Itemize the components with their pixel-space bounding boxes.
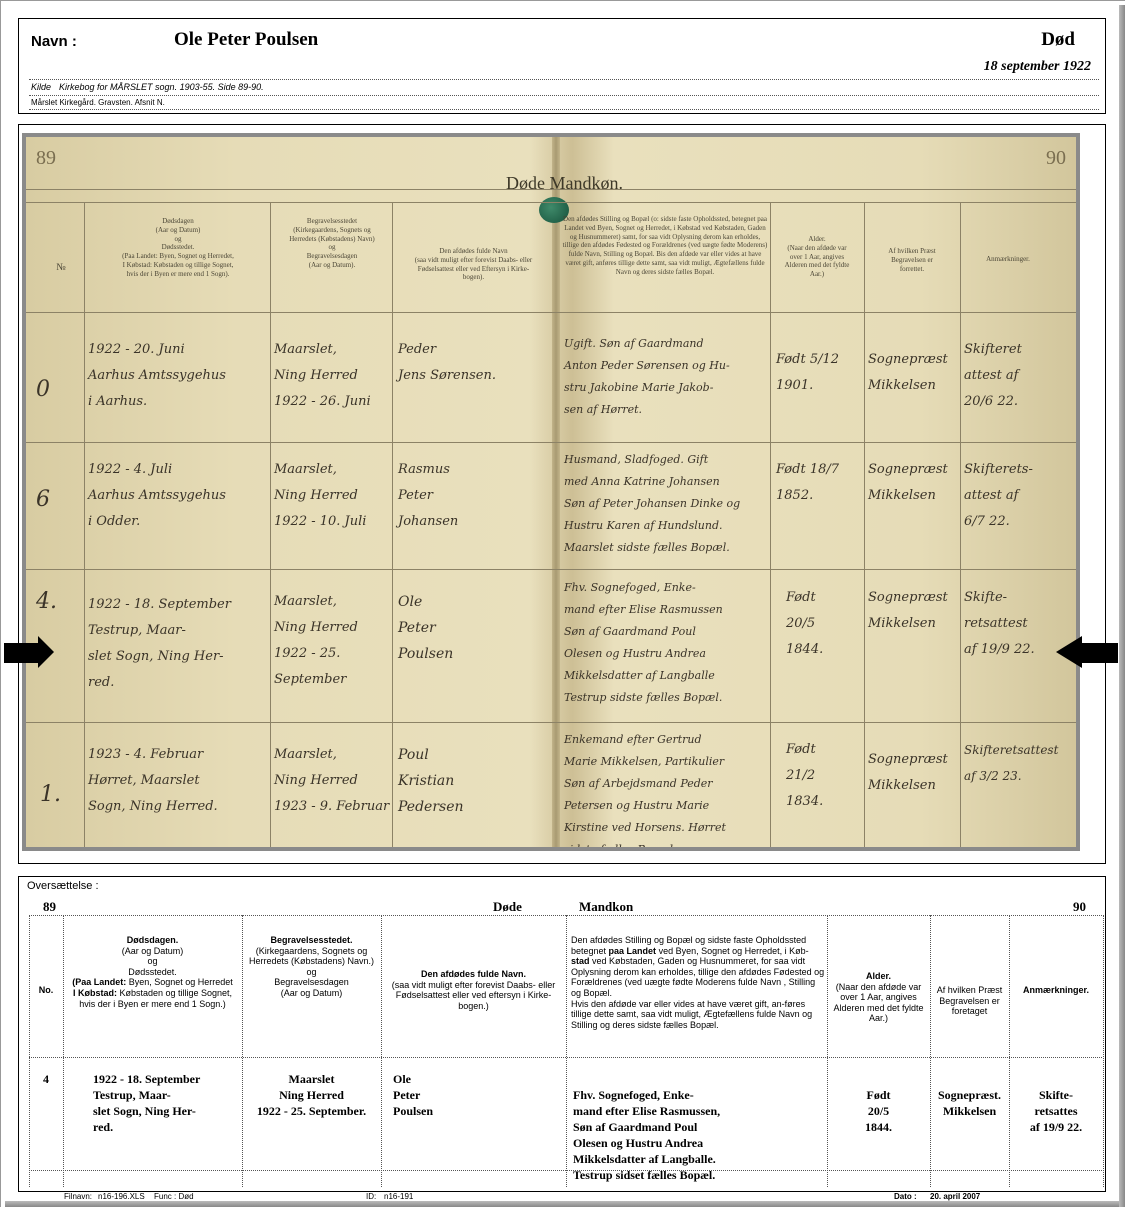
arrow-right-icon [38,636,54,668]
row-age: Født 5/12 1901. [776,347,864,399]
rule [566,915,567,1187]
header-name: Den afdødes fulde Navn. (saa vidt muligt… [381,969,566,1011]
header-status-stad: stad [571,956,590,966]
col-header-name: Den afdødes fulde Navn (saa vidt muligt … [396,247,551,282]
header-death-title: Dødsdagen. [127,935,179,945]
col-header-death: Dødsdagen (Aar og Datum) og Dødsstedet. … [88,217,268,278]
row-priest: Sognepræst Mikkelsen [868,747,960,799]
row-age: Født 20/5 1844. [827,1087,930,1135]
title-2: Mandkon [579,899,633,915]
rule [864,202,865,847]
rule [29,915,30,1187]
row-status: Ugift. Søn af Gaardmand Anton Peder Søre… [564,333,770,421]
row-priest: Sognepræst Mikkelsen [868,457,960,509]
header-status: Den afdødes Stilling og Bopæl og sidste … [571,935,825,1030]
row-priest: Sognepræst Mikkelsen [868,585,960,637]
header-no: No. [29,985,63,996]
header-name-title: Den afdødes fulde Navn. [421,969,526,979]
row-age: Født 20/5 1844. [786,585,864,663]
header-name-body: (saa vidt muligt efter forevist Daabs- e… [392,980,556,1011]
footer-id: n16-191 [384,1192,413,1201]
rule [26,202,1076,203]
arrow-left-icon [1082,643,1118,663]
row-remarks: Skifte- retsattes af 19/9 22. [1009,1087,1103,1135]
col-header-status: Den afdødes Stilling og Bopæl (o: sidste… [562,215,768,276]
rule [26,189,1076,190]
ledger-title: Døde Mandkøn. [506,173,623,194]
col-header-age: Alder. (Naar den afdøde var over 1 Aar, … [772,235,862,279]
header-death-body: (Aar og Datum) og Dødsstedet. [122,946,184,977]
header-priest: Af hvilken Præst Begravelsen er foretage… [930,985,1009,1017]
row-name: Poul Kristian Pedersen [398,742,548,820]
grave-line: Mårslet Kirkegård. Gravsten. Afsnit N. [31,98,165,107]
record-header: Navn : Ole Peter Poulsen Død 18 septembe… [18,18,1106,114]
rule [392,202,393,847]
col-header-priest: Af hvilken Præst Begravelsen er forrette… [866,247,958,273]
header-death: Dødsdagen. (Aar og Datum) og Dødsstedet.… [63,935,242,1009]
row-remarks: Skifte- retsattest af 19/9 22. [964,585,1064,663]
rule [960,202,961,847]
header-death-land: Byen, Sognet og Herredet [126,977,233,987]
row-no: 4 [29,1071,63,1087]
rule [770,202,771,847]
divider [29,95,1099,96]
footer-func: Func : Død [154,1192,194,1201]
row-burial: Maarslet Ning Herred 1922 - 25. Septembe… [242,1071,381,1119]
translation-panel: Oversættelse : 89 Døde Mandkon 90 No. Dø… [18,876,1106,1192]
arrow-right-icon [4,643,40,663]
row-death: 1922 - 18. September Testrup, Maar- slet… [88,592,270,696]
source-text: Kirkebog for MÅRSLET sogn. 1903-55. Side… [59,82,264,92]
row-status: Enkemand efter Gertrud Marie Mikkelsen, … [564,729,770,851]
source-label: Kilde [31,82,51,92]
row-no: 4. [36,589,57,615]
page-number-right: 90 [1046,147,1066,170]
rule [1103,915,1104,1187]
rule [84,202,85,847]
row-age: Født 18/7 1852. [776,457,864,509]
header-death-town-label: I Købstad: [73,988,117,998]
rule [26,569,1076,570]
footer-filename: n16-196.XLS [98,1192,145,1201]
row-burial: Maarslet, Ning Herred 1922 - 25. Septemb… [274,589,392,693]
rule [270,202,271,847]
header-burial-title: Begravelsesstedet. [270,935,352,945]
rule [827,915,828,1187]
header-remarks: Anmærkninger. [1009,985,1103,996]
footer-id-label: ID: [366,1192,376,1201]
rule [1009,915,1010,1187]
row-no: 1. [40,782,61,808]
row-remarks: Skifteretsattest af 3/2 23. [964,737,1064,789]
row-burial: Maarslet, Ning Herred 1923 - 9. Februar [274,742,392,820]
col-header-remarks: Anmærkninger. [962,255,1054,264]
person-name: Ole Peter Poulsen [174,29,318,51]
header-burial-body: (Kirkegaardens, Sognets og Herredets (Kø… [249,946,374,998]
row-status: Fhv. Sognefoged, Enke- mand efter Elise … [564,577,770,709]
divider [29,109,1099,110]
page-left: 89 [43,899,56,915]
divider [29,79,1099,80]
row-name: Ole Peter Poulsen [398,589,548,667]
rule [930,915,931,1187]
title-1: Døde [493,899,522,915]
row-remarks: Skifteret attest af 20/6 22. [964,337,1064,415]
row-no: 6 [36,487,50,513]
footer-filename-label: Filnavn: [64,1192,92,1201]
row-burial: Maarslet, Ning Herred 1922 - 10. Juli [274,457,392,535]
header-burial: Begravelsesstedet. (Kirkegaardens, Sogne… [242,935,381,999]
row-no: 0 [36,377,50,403]
row-name: Peder Jens Sørensen. [398,337,548,389]
row-status: Husmand, Sladfoged. Gift med Anna Katrin… [564,449,770,559]
name-label: Navn : [31,33,77,50]
page-number-left: 89 [36,147,56,170]
row-death: 1922 - 18. September Testrup, Maar- slet… [93,1071,242,1135]
col-header-no: № [46,262,76,275]
row-name: Ole Peter Poulsen [393,1071,563,1119]
row-death: 1922 - 4. Juli Aarhus Amtssygehus i Odde… [88,457,270,535]
ledger-photo: 89 90 Døde Mandkøn. № Dødsdagen (Aar og … [22,133,1080,851]
translation-label: Oversættelse : [27,880,99,892]
footer-date: 20. april 2007 [930,1192,980,1201]
rule [26,722,1076,723]
footer-date-label: Dato : [894,1192,917,1201]
header-death-land-label: (Paa Landet: [72,977,126,987]
event-type: Død [1041,29,1075,51]
book-spine [552,137,560,847]
row-death: 1922 - 20. Juni Aarhus Amtssygehus i Aar… [88,337,270,415]
rule [26,442,1076,443]
header-age-title: Alder. [866,971,891,981]
header-status-text: ved Købstaden, Gaden og Husnummeret, for… [571,956,824,1030]
col-header-burial: Begravelsesstedet (Kirkegaardens, Sognet… [274,217,390,270]
rule [26,312,1076,313]
row-status: Fhv. Sognefoged, Enke- mand efter Elise … [573,1087,827,1183]
header-status-land: paa Landet [609,946,657,956]
row-priest: Sognepræst Mikkelsen [868,347,960,399]
rule [381,915,382,1187]
row-priest: Sognepræst. Mikkelsen [930,1087,1009,1119]
header-status-text: ved Byen, Sognet og Herredet, i Køb- [656,946,809,956]
row-remarks: Skifterets- attest af 6/7 22. [964,457,1064,535]
page-right: 90 [1073,899,1086,915]
row-burial: Maarslet, Ning Herred 1922 - 26. Juni [274,337,392,415]
header-age: Alder. (Naar den afdøde var over 1 Aar, … [827,971,930,1024]
arrow-left-icon [1056,636,1082,668]
row-age: Født 21/2 1834. [786,737,864,815]
header-age-body: (Naar den afdøde var over 1 Aar, angives… [833,982,923,1024]
row-name: Rasmus Peter Johansen [398,457,548,535]
source-line: KildeKirkebog for MÅRSLET sogn. 1903-55.… [31,82,264,92]
event-date: 18 september 1922 [984,59,1091,75]
row-death: 1923 - 4. Februar Hørret, Maarslet Sogn,… [88,742,270,820]
